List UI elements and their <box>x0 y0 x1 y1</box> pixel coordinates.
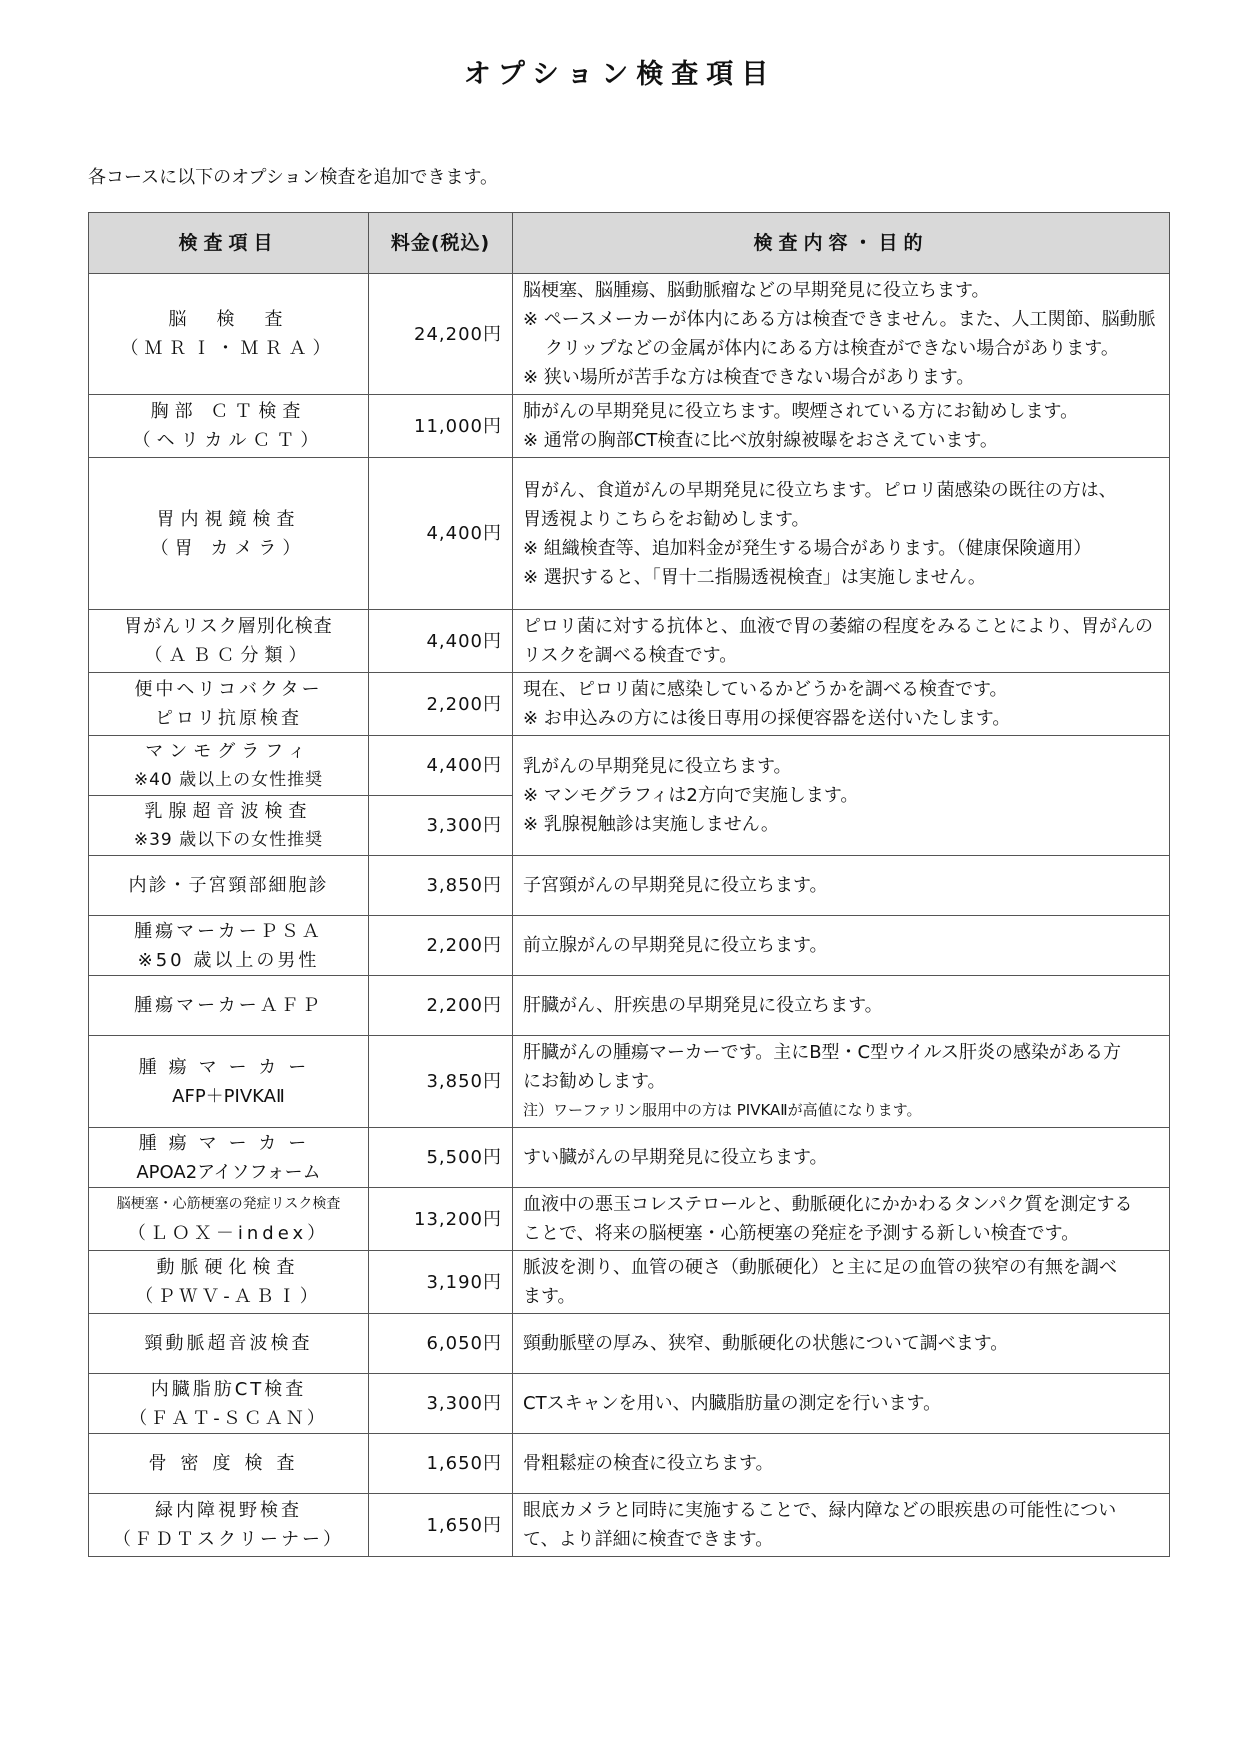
item-line: 腫瘍マーカーＰＳＡ <box>99 917 358 946</box>
exam-description: 血液中の悪玉コレステロールと、動脈硬化にかかわるタンパク質を測定する ことで、将… <box>513 1188 1170 1251</box>
exam-price: 2,200円 <box>369 673 513 736</box>
desc-line: 頸動脈壁の厚み、狭窄、動脈硬化の状態について調べます。 <box>523 1329 1159 1358</box>
table-row: 胃がんリスク層別化検査 （ＡＢＣ分類） 4,400円 ピロリ菌に対する抗体と、血… <box>89 610 1170 673</box>
item-line: 便中ヘリコバクター <box>99 675 358 704</box>
exam-price: 3,850円 <box>369 1036 513 1128</box>
exam-price: 3,190円 <box>369 1251 513 1314</box>
exam-item: 胸部 ＣＴ検査 （ヘリカルＣＴ） <box>89 395 369 458</box>
exam-price: 1,650円 <box>369 1434 513 1494</box>
desc-line: ※ お申込みの方には後日専用の採便容器を送付いたします。 <box>523 704 1159 733</box>
item-line: （ＦＡＴ-ＳＣＡＮ） <box>99 1404 358 1433</box>
exam-description: 子宮頸がんの早期発見に役立ちます。 <box>513 856 1170 916</box>
item-line: ※39 歳以下の女性推奨 <box>99 826 358 855</box>
desc-line: にお勧めします。 <box>523 1067 1159 1096</box>
table-row: 内臓脂肪CT検査 （ＦＡＴ-ＳＣＡＮ） 3,300円 CTスキャンを用い、内臓脂… <box>89 1374 1170 1434</box>
exam-item: 内臓脂肪CT検査 （ＦＡＴ-ＳＣＡＮ） <box>89 1374 369 1434</box>
exam-price: 5,500円 <box>369 1128 513 1188</box>
header-description: 検査内容・目的 <box>513 213 1170 274</box>
item-line: ※40 歳以上の女性推奨 <box>99 766 358 795</box>
header-price: 料金(税込) <box>369 213 513 274</box>
desc-line: 肝臓がん、肝疾患の早期発見に役立ちます。 <box>523 991 1159 1020</box>
desc-line: 乳がんの早期発見に役立ちます。 <box>523 752 1159 781</box>
exam-price: 4,400円 <box>369 736 513 796</box>
item-line: 緑内障視野検査 <box>99 1496 358 1525</box>
header-item: 検査項目 <box>89 213 369 274</box>
desc-line: ます。 <box>523 1282 1159 1311</box>
desc-line: クリップなどの金属が体内にある方は検査ができない場合があります。 <box>523 334 1159 363</box>
table-row: 胃内視鏡検査 （胃 カメラ） 4,400円 胃がん、食道がんの早期発見に役立ちま… <box>89 458 1170 610</box>
exam-price: 3,300円 <box>369 796 513 856</box>
desc-line: ※ 組織検査等、追加料金が発生する場合があります。（健康保険適用） <box>523 534 1159 563</box>
exam-item: 脳梗塞・心筋梗塞の発症リスク検査 （ＬＯＸ－index） <box>89 1188 369 1251</box>
desc-line: 肝臓がんの腫瘍マーカーです。主にB型・C型ウイルス肝炎の感染がある方 <box>523 1038 1159 1067</box>
exam-price: 4,400円 <box>369 610 513 673</box>
exam-price: 13,200円 <box>369 1188 513 1251</box>
item-line: （ＰＷＶ-ＡＢＩ） <box>99 1282 358 1311</box>
desc-line: 注）ワーファリン服用中の方は PIVKAⅡが高値になります。 <box>523 1096 1159 1125</box>
exam-item: 胃がんリスク層別化検査 （ＡＢＣ分類） <box>89 610 369 673</box>
exam-description: 眼底カメラと同時に実施することで、緑内障などの眼疾患の可能性につい て、より詳細… <box>513 1494 1170 1557</box>
desc-line: 眼底カメラと同時に実施することで、緑内障などの眼疾患の可能性につい <box>523 1496 1159 1525</box>
desc-line: ことで、将来の脳梗塞・心筋梗塞の発症を予測する新しい検査です。 <box>523 1219 1159 1248</box>
exam-description: 肝臓がんの腫瘍マーカーです。主にB型・C型ウイルス肝炎の感染がある方 にお勧めし… <box>513 1036 1170 1128</box>
exam-item: 腫瘍マーカーＡＦＰ <box>89 976 369 1036</box>
desc-line: 血液中の悪玉コレステロールと、動脈硬化にかかわるタンパク質を測定する <box>523 1190 1159 1219</box>
desc-line: 胃透視よりこちらをお勧めします。 <box>523 505 1159 534</box>
exam-description: ピロリ菌に対する抗体と、血液で胃の萎縮の程度をみることにより、胃がんの リスクを… <box>513 610 1170 673</box>
exam-price: 4,400円 <box>369 458 513 610</box>
exam-price: 3,300円 <box>369 1374 513 1434</box>
item-line: 動脈硬化検査 <box>99 1253 358 1282</box>
item-line: （ヘリカルＣＴ） <box>99 426 358 455</box>
desc-line: 現在、ピロリ菌に感染しているかどうかを調べる検査です。 <box>523 675 1159 704</box>
desc-line: ※ 乳腺視触診は実施しません。 <box>523 810 1159 839</box>
exam-description: 現在、ピロリ菌に感染しているかどうかを調べる検査です。 ※ お申込みの方には後日… <box>513 673 1170 736</box>
exam-item: 内診・子宮頸部細胞診 <box>89 856 369 916</box>
item-line: 脳梗塞・心筋梗塞の発症リスク検査 <box>99 1190 358 1219</box>
table-row: 頸動脈超音波検査 6,050円 頸動脈壁の厚み、狭窄、動脈硬化の状態について調べ… <box>89 1314 1170 1374</box>
desc-line: CTスキャンを用い、内臓脂肪量の測定を行います。 <box>523 1389 1159 1418</box>
desc-line: すい臓がんの早期発見に役立ちます。 <box>523 1143 1159 1172</box>
item-line: 内診・子宮頸部細胞診 <box>99 871 358 900</box>
item-line: （胃 カメラ） <box>99 534 358 563</box>
exam-description: 肺がんの早期発見に役立ちます。喫煙されている方にお勧めします。 ※ 通常の胸部C… <box>513 395 1170 458</box>
table-row: 内診・子宮頸部細胞診 3,850円 子宮頸がんの早期発見に役立ちます。 <box>89 856 1170 916</box>
item-line: 腫瘍マーカー <box>99 1053 358 1082</box>
table-row: 腫瘍マーカー APOA2アイソフォーム 5,500円 すい臓がんの早期発見に役立… <box>89 1128 1170 1188</box>
item-line: ※50 歳以上の男性 <box>99 946 358 975</box>
table-header-row: 検査項目 料金(税込) 検査内容・目的 <box>89 213 1170 274</box>
table-row: 腫瘍マーカー AFP＋PIVKAⅡ 3,850円 肝臓がんの腫瘍マーカーです。主… <box>89 1036 1170 1128</box>
exam-item: 腫瘍マーカーＰＳＡ ※50 歳以上の男性 <box>89 916 369 976</box>
exam-item: 腫瘍マーカー AFP＋PIVKAⅡ <box>89 1036 369 1128</box>
desc-line: ※ 狭い場所が苦手な方は検査できない場合があります。 <box>523 363 1159 392</box>
desc-line: 子宮頸がんの早期発見に役立ちます。 <box>523 871 1159 900</box>
desc-line: 脈波を測り、血管の硬さ（動脈硬化）と主に足の血管の狭窄の有無を調べ <box>523 1253 1159 1282</box>
item-line: 頸動脈超音波検査 <box>99 1329 358 1358</box>
desc-line: ※ 選択すると、「胃十二指腸透視検査」は実施しません。 <box>523 563 1159 592</box>
table-row: 腫瘍マーカーＡＦＰ 2,200円 肝臓がん、肝疾患の早期発見に役立ちます。 <box>89 976 1170 1036</box>
item-line: マンモグラフィ <box>99 737 358 766</box>
table-row: 緑内障視野検査 （ＦＤＴスクリーナー） 1,650円 眼底カメラと同時に実施する… <box>89 1494 1170 1557</box>
desc-line: 脳梗塞、脳腫瘍、脳動脈瘤などの早期発見に役立ちます。 <box>523 276 1159 305</box>
exam-description: 乳がんの早期発見に役立ちます。 ※ マンモグラフィは2方向で実施します。 ※ 乳… <box>513 736 1170 856</box>
exam-price: 11,000円 <box>369 395 513 458</box>
desc-line: 骨粗鬆症の検査に役立ちます。 <box>523 1449 1159 1478</box>
desc-line: て、より詳細に検査できます。 <box>523 1525 1159 1554</box>
exam-price: 1,650円 <box>369 1494 513 1557</box>
exam-price: 6,050円 <box>369 1314 513 1374</box>
table-row: 動脈硬化検査 （ＰＷＶ-ＡＢＩ） 3,190円 脈波を測り、血管の硬さ（動脈硬化… <box>89 1251 1170 1314</box>
exam-item: 頸動脈超音波検査 <box>89 1314 369 1374</box>
item-line: 脳 検 査 <box>99 305 358 334</box>
desc-line: 前立腺がんの早期発見に役立ちます。 <box>523 931 1159 960</box>
item-line: 内臓脂肪CT検査 <box>99 1375 358 1404</box>
exam-item: 腫瘍マーカー APOA2アイソフォーム <box>89 1128 369 1188</box>
exam-description: 前立腺がんの早期発見に役立ちます。 <box>513 916 1170 976</box>
table-row: 便中ヘリコバクター ピロリ抗原検査 2,200円 現在、ピロリ菌に感染しているか… <box>89 673 1170 736</box>
intro-text: 各コースに以下のオプション検査を追加できます。 <box>88 163 498 189</box>
exam-item: マンモグラフィ ※40 歳以上の女性推奨 <box>89 736 369 796</box>
exam-description: 胃がん、食道がんの早期発見に役立ちます。ピロリ菌感染の既往の方は、 胃透視よりこ… <box>513 458 1170 610</box>
table-row: 腫瘍マーカーＰＳＡ ※50 歳以上の男性 2,200円 前立腺がんの早期発見に役… <box>89 916 1170 976</box>
exam-item: 骨密度検査 <box>89 1434 369 1494</box>
exam-description: 脈波を測り、血管の硬さ（動脈硬化）と主に足の血管の狭窄の有無を調べ ます。 <box>513 1251 1170 1314</box>
item-line: 腫瘍マーカーＡＦＰ <box>99 991 358 1020</box>
desc-line: 肺がんの早期発見に役立ちます。喫煙されている方にお勧めします。 <box>523 397 1159 426</box>
item-line: （ＭＲＩ・ＭＲＡ） <box>99 334 358 363</box>
item-line: AFP＋PIVKAⅡ <box>99 1082 358 1111</box>
item-line: 乳腺超音波検査 <box>99 797 358 826</box>
item-line: （ＬＯＸ－index） <box>99 1219 358 1248</box>
item-line: 骨密度検査 <box>99 1449 358 1478</box>
exam-item: 脳 検 査 （ＭＲＩ・ＭＲＡ） <box>89 274 369 395</box>
table-row: 骨密度検査 1,650円 骨粗鬆症の検査に役立ちます。 <box>89 1434 1170 1494</box>
table-row: 胸部 ＣＴ検査 （ヘリカルＣＴ） 11,000円 肺がんの早期発見に役立ちます。… <box>89 395 1170 458</box>
exam-description: 脳梗塞、脳腫瘍、脳動脈瘤などの早期発見に役立ちます。 ※ ペースメーカーが体内に… <box>513 274 1170 395</box>
table-row: 脳 検 査 （ＭＲＩ・ＭＲＡ） 24,200円 脳梗塞、脳腫瘍、脳動脈瘤などの早… <box>89 274 1170 395</box>
item-line: （ＡＢＣ分類） <box>99 641 358 670</box>
table-row: 脳梗塞・心筋梗塞の発症リスク検査 （ＬＯＸ－index） 13,200円 血液中… <box>89 1188 1170 1251</box>
exam-item: 便中ヘリコバクター ピロリ抗原検査 <box>89 673 369 736</box>
exam-item: 動脈硬化検査 （ＰＷＶ-ＡＢＩ） <box>89 1251 369 1314</box>
exam-price: 2,200円 <box>369 916 513 976</box>
item-line: 胸部 ＣＴ検査 <box>99 397 358 426</box>
table-row: マンモグラフィ ※40 歳以上の女性推奨 4,400円 乳がんの早期発見に役立ち… <box>89 736 1170 796</box>
exam-item: 胃内視鏡検査 （胃 カメラ） <box>89 458 369 610</box>
item-line: ピロリ抗原検査 <box>99 704 358 733</box>
exam-item: 乳腺超音波検査 ※39 歳以下の女性推奨 <box>89 796 369 856</box>
exam-price: 24,200円 <box>369 274 513 395</box>
item-line: 胃がんリスク層別化検査 <box>99 612 358 641</box>
exam-description: すい臓がんの早期発見に役立ちます。 <box>513 1128 1170 1188</box>
exam-description: 骨粗鬆症の検査に役立ちます。 <box>513 1434 1170 1494</box>
desc-line: ピロリ菌に対する抗体と、血液で胃の萎縮の程度をみることにより、胃がんの <box>523 612 1159 641</box>
exam-price: 2,200円 <box>369 976 513 1036</box>
exam-item: 緑内障視野検査 （ＦＤＴスクリーナー） <box>89 1494 369 1557</box>
desc-line: ※ 通常の胸部CT検査に比べ放射線被曝をおさえています。 <box>523 426 1159 455</box>
exam-description: CTスキャンを用い、内臓脂肪量の測定を行います。 <box>513 1374 1170 1434</box>
desc-line: リスクを調べる検査です。 <box>523 641 1159 670</box>
item-line: （ＦＤＴスクリーナー） <box>99 1525 358 1554</box>
item-line: 胃内視鏡検査 <box>99 505 358 534</box>
page-title: オプション検査項目 <box>0 52 1240 91</box>
desc-line: 胃がん、食道がんの早期発見に役立ちます。ピロリ菌感染の既往の方は、 <box>523 476 1159 505</box>
item-line: APOA2アイソフォーム <box>99 1158 358 1187</box>
exam-description: 頸動脈壁の厚み、狭窄、動脈硬化の状態について調べます。 <box>513 1314 1170 1374</box>
item-line: 腫瘍マーカー <box>99 1129 358 1158</box>
option-exam-table: 検査項目 料金(税込) 検査内容・目的 脳 検 査 （ＭＲＩ・ＭＲＡ） 24,2… <box>88 212 1170 1557</box>
desc-line: ※ マンモグラフィは2方向で実施します。 <box>523 781 1159 810</box>
exam-description: 肝臓がん、肝疾患の早期発見に役立ちます。 <box>513 976 1170 1036</box>
desc-line: ※ ペースメーカーが体内にある方は検査できません。また、人工関節、脳動脈 <box>523 305 1159 334</box>
exam-price: 3,850円 <box>369 856 513 916</box>
